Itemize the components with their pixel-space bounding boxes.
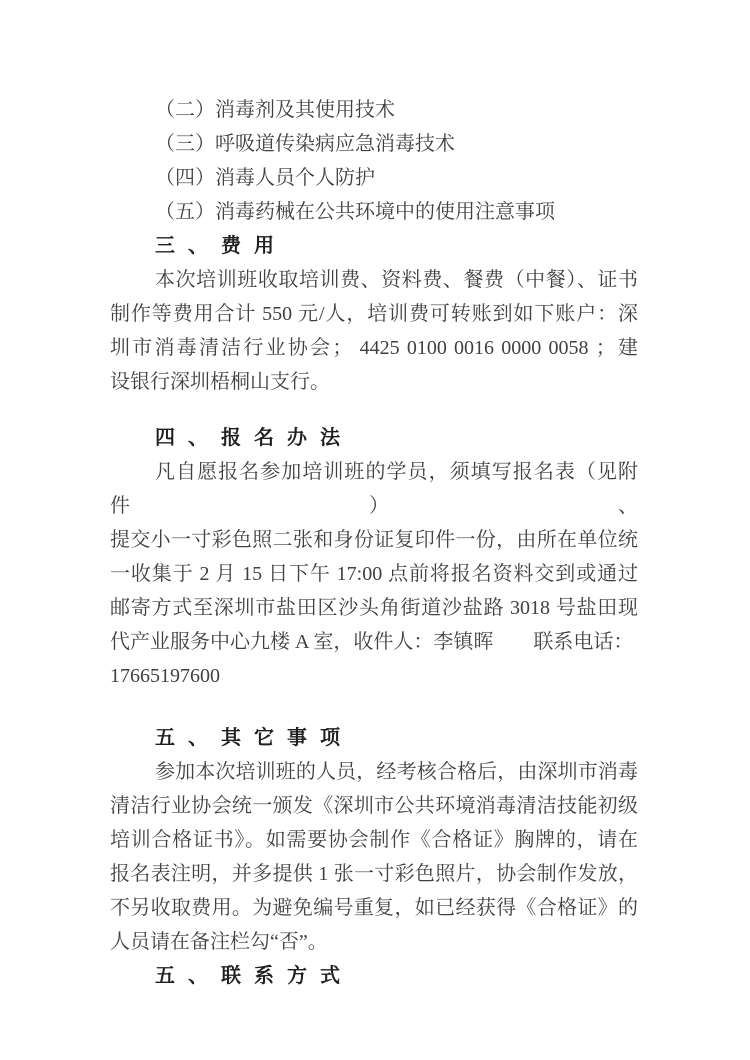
document-page: （二）消毒剂及其使用技术 （三）呼吸道传染病应急消毒技术 （四）消毒人员个人防护…: [0, 0, 750, 1060]
curriculum-item-3: （三）呼吸道传染病应急消毒技术: [110, 127, 638, 161]
registration-line-5: 代产业服务中心九楼 A 室，收件人：李镇晖 联系电话：: [110, 625, 638, 659]
registration-line-1: 凡自愿报名参加培训班的学员，须填写报名表（见附件）、: [110, 455, 638, 523]
other-line-5: 不另收取费用。为避免编号重复，如已经获得《合格证》的: [110, 891, 638, 925]
contact-heading: 五、联系方式: [110, 959, 638, 993]
fees-line-2: 制作等费用合计 550 元/人，培训费可转账到如下账户：深: [110, 297, 638, 331]
fees-line-3: 圳市消毒清洁行业协会； 4425 0100 0016 0000 0058 ；建: [110, 331, 638, 365]
registration-line-2: 提交小一寸彩色照二张和身份证复印件一份，由所在单位统: [110, 523, 638, 557]
other-line-3: 培训合格证书》。如需要协会制作《合格证》胸牌的，请在: [110, 823, 638, 857]
other-line-2: 清洁行业协会统一颁发《深圳市公共环境消毒清洁技能初级: [110, 789, 638, 823]
fees-line-4: 设银行深圳梧桐山支行。: [110, 365, 638, 399]
registration-phone: 17665197600: [110, 659, 638, 693]
registration-line-4: 邮寄方式至深圳市盐田区沙头角街道沙盐路 3018 号盐田现: [110, 591, 638, 625]
curriculum-item-4: （四）消毒人员个人防护: [110, 161, 638, 195]
registration-heading: 四、报名办法: [110, 421, 638, 455]
other-heading: 五、其它事项: [110, 721, 638, 755]
other-line-4: 报名表注明，并多提供 1 张一寸彩色照片，协会制作发放，: [110, 857, 638, 891]
other-line-1: 参加本次培训班的人员，经考核合格后，由深圳市消毒: [110, 755, 638, 789]
registration-line-3: 一收集于 2 月 15 日下午 17:00 点前将报名资料交到或通过: [110, 557, 638, 591]
curriculum-item-2: （二）消毒剂及其使用技术: [110, 93, 638, 127]
curriculum-item-5: （五）消毒药械在公共环境中的使用注意事项: [110, 195, 638, 229]
fees-line-1: 本次培训班收取培训费、资料费、餐费（中餐）、证书: [110, 263, 638, 297]
fees-heading: 三、费用: [110, 229, 638, 263]
other-line-6: 人员请在备注栏勾“否”。: [110, 925, 638, 959]
